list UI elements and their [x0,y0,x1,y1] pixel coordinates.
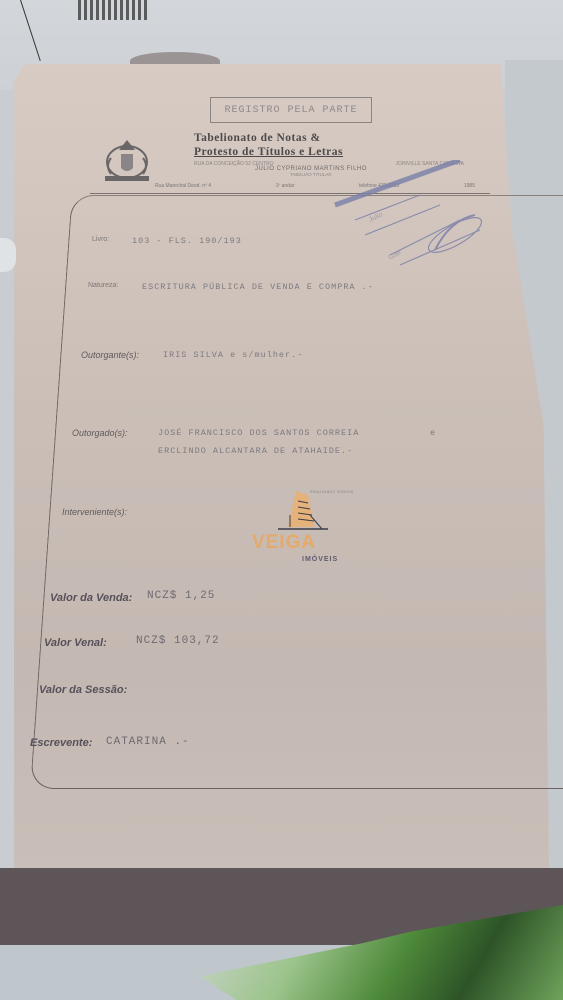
valor-venal-label: Valor Venal: [44,637,107,649]
intervenientes-label: Interveniente(s): [62,507,127,517]
stamp-box-text: REGISTRO PELA PARTE [224,105,357,116]
officer-role: TABELIÃO TITULAR [290,172,332,177]
outorgados-label: Outorgado(s): [72,428,128,438]
register-stamp-box: REGISTRO PELA PARTE [210,97,372,123]
watermark-brand: VEIGA [252,532,316,554]
livro-label: Livro: [92,236,109,243]
registration-stamp-icon: Julio Gae [330,160,500,280]
outorgantes-label: Outorgante(s): [81,350,139,360]
watermark-tagline: REALIZANDO SONHOS [310,490,354,494]
natureza-label: Natureza: [88,282,118,289]
office-title: Tabelionato de Notas & Protesto de Títul… [194,131,343,159]
valor-venda-label: Valor da Venda: [50,592,132,604]
coat-of-arms-icon [97,136,157,184]
escrevente-label: Escrevente: [30,737,92,749]
valor-venal-value: NCZ$ 103,72 [136,635,220,647]
valor-sessao-label: Valor da Sessão: [39,684,127,696]
natureza-value: ESCRITURA PÚBLICA DE VENDA E COMPRA .- [142,282,374,292]
building-icon [248,487,358,567]
livro-value: 103 - FLS. 190/193 [132,236,242,246]
valor-venda-value: NCZ$ 1,25 [147,590,215,602]
address-left: Rua Marechal Deod. nº 4 [155,183,211,189]
office-title-line1: Tabelionato de Notas & [194,131,343,145]
watermark-subtitle: IMÓVEIS [302,556,338,563]
svg-text:Gae: Gae [388,249,403,262]
office-title-line2: Protesto de Títulos e Letras [194,145,343,159]
outorgantes-value: IRIS SILVA e s/mulher.- [163,350,303,360]
outorgados-value-line2: ERCLINDO ALCANTARA DE ATAHAIDE.- [158,446,353,456]
outorgados-value-suffix: e [430,428,436,438]
svg-text:Julio: Julio [368,211,384,223]
outorgados-value-line1: JOSÉ FRANCISCO DOS SANTOS CORREIA [158,428,359,438]
address-mid: 1º andar [276,183,295,189]
escrevente-value: CATARINA .- [106,736,190,748]
qr-code [78,0,148,20]
punch-hole [0,238,16,272]
